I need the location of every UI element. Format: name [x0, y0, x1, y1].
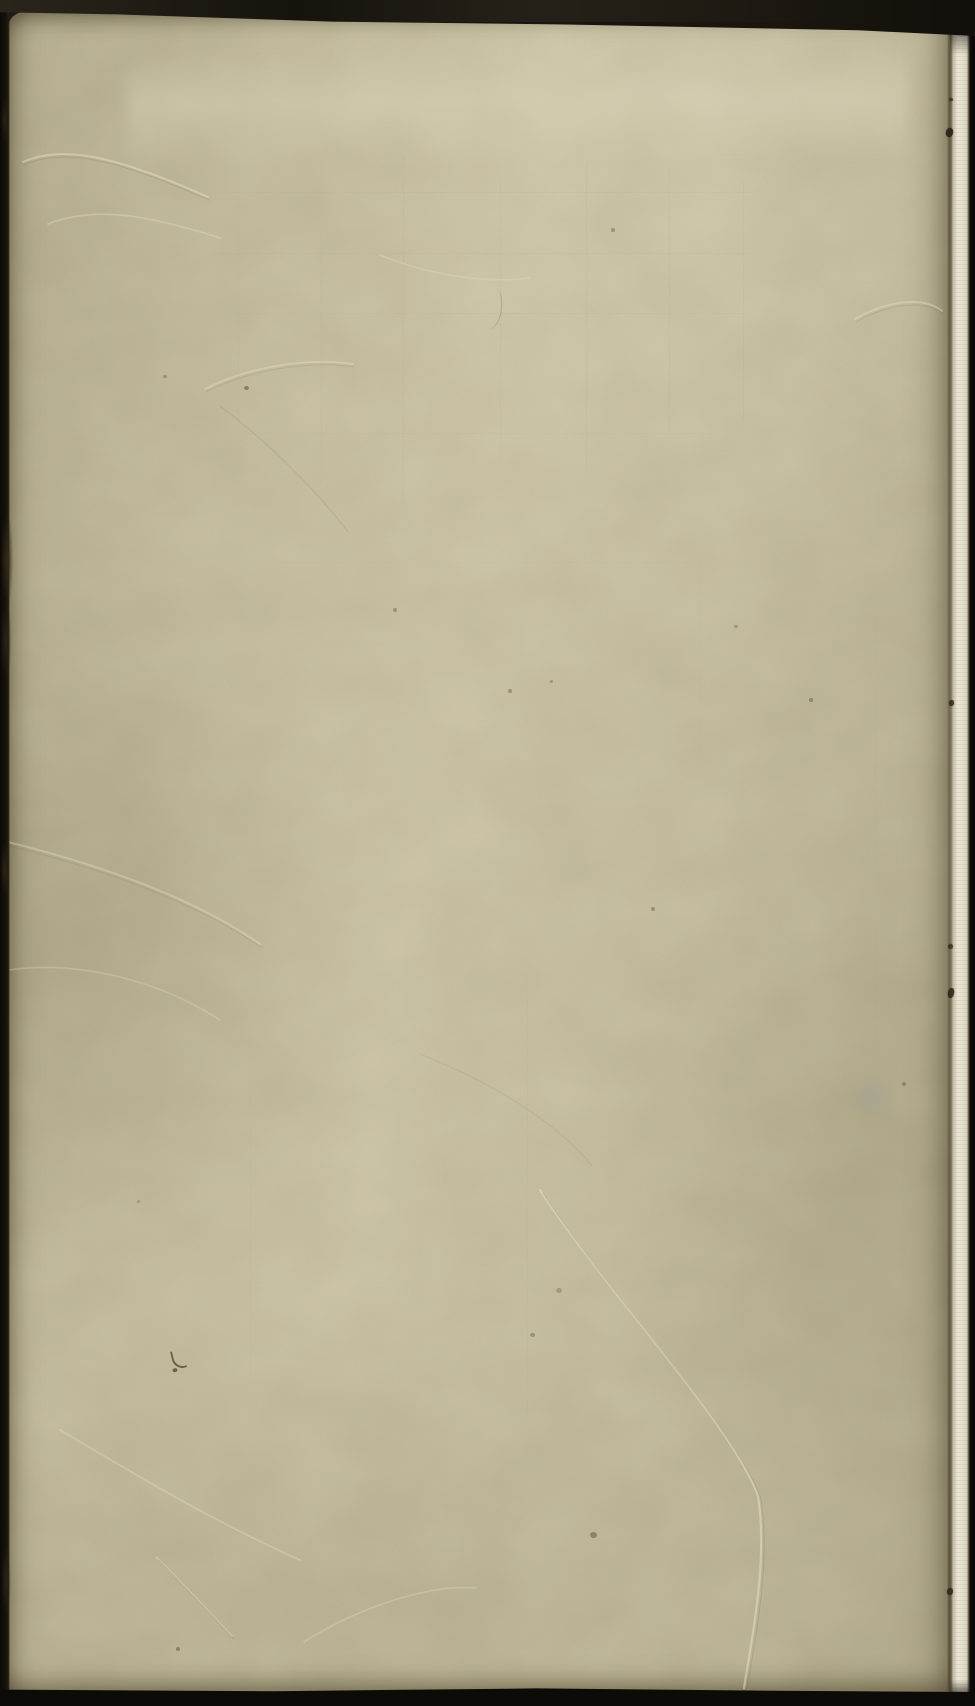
scan-canvas: { "document": { "kind": "scanned-book-pa… [0, 0, 975, 1706]
speck-mark [734, 625, 738, 628]
hook-mark [481, 287, 505, 331]
speck-mark [163, 375, 167, 378]
speck-mark [556, 1288, 562, 1293]
speck-mark [550, 680, 553, 683]
squiggle-mark [170, 1349, 187, 1371]
stitch-mark [946, 1587, 953, 1595]
speck-mark [902, 1082, 906, 1086]
speck-mark [137, 1200, 140, 1203]
stitch-mark [949, 98, 954, 102]
speck-mark [244, 386, 249, 390]
speck-mark [809, 698, 813, 702]
speck-mark [651, 907, 655, 911]
speck-mark [530, 1333, 535, 1337]
stitch-mark [947, 987, 955, 998]
stitch-mark [948, 700, 954, 707]
marks-layer [0, 0, 975, 1706]
smudge-mark [838, 1066, 904, 1128]
stitch-mark [945, 127, 954, 137]
speck-mark [393, 608, 397, 612]
stitch-mark [948, 944, 954, 950]
speck-mark [176, 1647, 180, 1651]
book-binding-left-edge [0, 0, 10, 1706]
speck-mark [611, 228, 615, 232]
speck-mark [508, 689, 512, 693]
speck-mark [590, 1532, 597, 1538]
scan-right-edge [967, 0, 975, 1706]
